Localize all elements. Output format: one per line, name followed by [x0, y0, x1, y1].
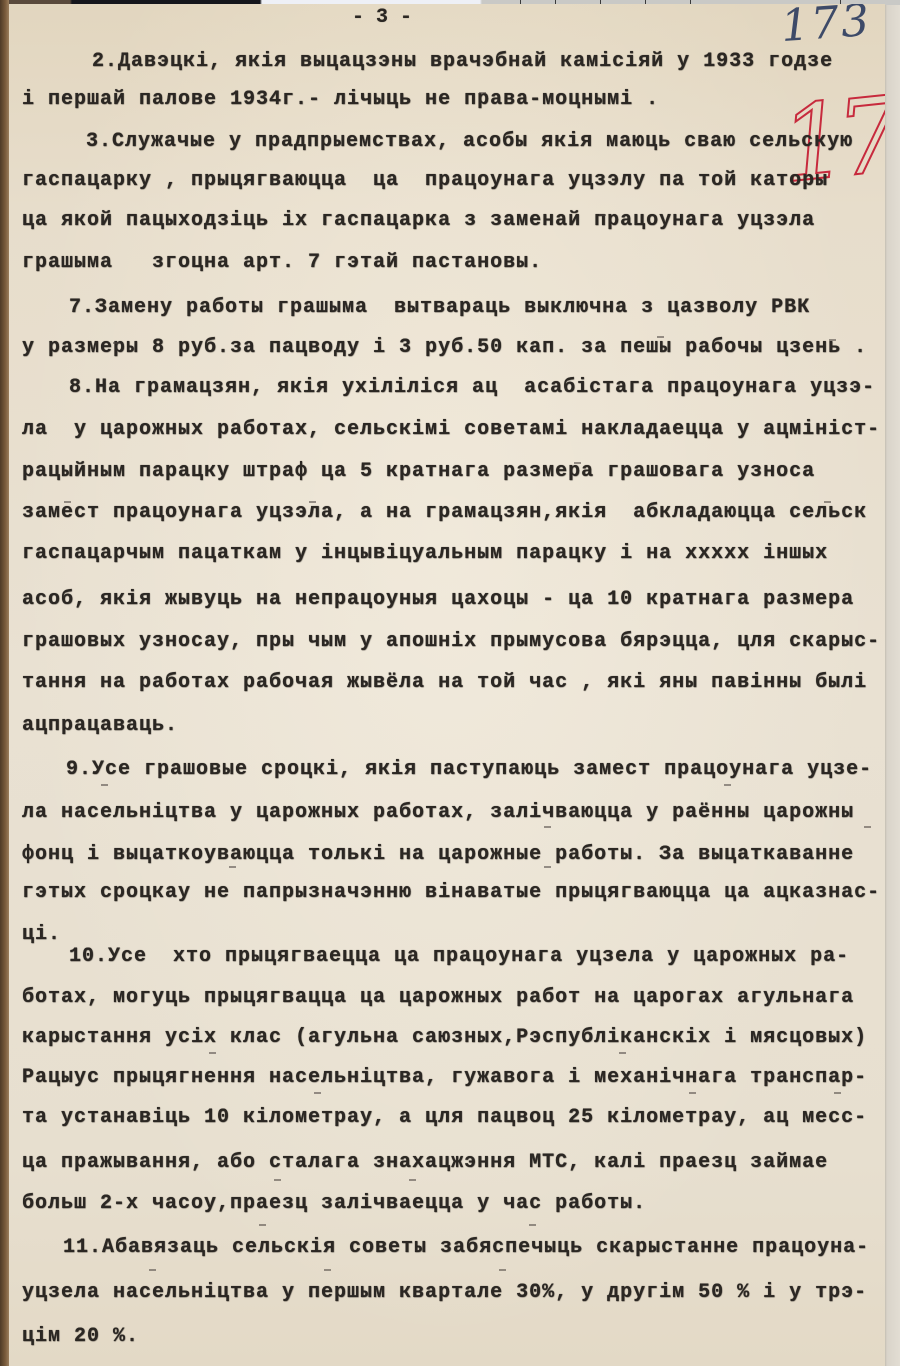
text-line: 7.Замену работы грашыма вытвараць выключ…	[69, 295, 810, 321]
typewriter-mark	[619, 1052, 626, 1054]
text-line: тання на работах рабочая жывёла на той ч…	[22, 670, 867, 696]
text-line: та устанавіць 10 кілометрау, а цля пацво…	[22, 1105, 867, 1131]
text-line: 8.На грамацзян, якія ухіліліся ац асабіс…	[69, 375, 875, 401]
text-line: 3.Служачые у прадпрыемствах, асобы якія …	[86, 129, 853, 155]
text-line: ботах, могуць прыцягвацца ца царожных ра…	[22, 985, 854, 1011]
typewriter-mark	[689, 1092, 696, 1094]
text-line: Рацыус прыцягнення насельніцтва, гужавог…	[22, 1065, 867, 1091]
text-line: ці.	[22, 922, 61, 948]
text-line: ла у царожных работах, сельскімі советам…	[22, 417, 880, 443]
typewriter-mark	[324, 1269, 331, 1271]
underlying-page-edge	[884, 5, 900, 1366]
typewriter-mark	[829, 339, 836, 341]
text-line: у размеры 8 руб.за пацводу і 3 руб.50 ка…	[22, 335, 867, 361]
typewriter-mark	[64, 501, 71, 503]
typewriter-mark	[149, 1269, 156, 1271]
document-page: - 3 - 173 173 2.Давэцкі, якія выцацзэны …	[9, 4, 885, 1366]
text-line: уцзела насельніцтва у першым квартале 30…	[22, 1280, 867, 1306]
text-line: ла насельніцтва у царожных работах, залі…	[22, 800, 854, 826]
typewriter-mark	[724, 784, 731, 786]
text-line: і першай палове 1934г.- лічыць не права-…	[22, 87, 659, 113]
text-line: больш 2-х часоу,праезц залічваецца у час…	[22, 1191, 646, 1217]
text-line: замест працоунага уцзэла, а на грамацзян…	[22, 500, 867, 526]
typewriter-mark	[309, 501, 316, 503]
archival-document-scan: - 3 - 173 173 2.Давэцкі, якія выцацзэны …	[0, 0, 900, 1366]
text-line: 2.Давэцкі, якія выцацзэны врачэбнай камі…	[92, 49, 833, 75]
typewriter-mark	[101, 784, 108, 786]
typewriter-mark	[834, 1092, 841, 1094]
typewriter-mark	[409, 1179, 416, 1181]
text-line: гэтых сроцкау не папрызначэнню вінаватые…	[22, 880, 880, 906]
typewriter-mark	[574, 462, 581, 464]
text-line: ацпрацаваць.	[22, 713, 178, 739]
text-line: фонц і выцаткоуваюцца толькі на царожные…	[22, 842, 854, 868]
typewriter-mark	[314, 1092, 321, 1094]
text-line: рацыйным парацку штраф ца 5 кратнага раз…	[22, 459, 815, 485]
text-line: гаспацарчым пацаткам у інцывіцуальным па…	[22, 541, 828, 567]
binding-edge	[0, 0, 9, 1366]
typewriter-mark	[824, 501, 831, 503]
text-line: гаспацарку , прыцягваюцца ца працоунага …	[22, 168, 828, 194]
typewriter-mark	[544, 866, 551, 868]
typewriter-mark	[479, 92, 486, 94]
text-line: 9.Усе грашовые сроцкі, якія паступаюць з…	[66, 757, 872, 783]
typewriter-mark	[529, 1224, 536, 1226]
text-line: 10.Усе хто прыцягваецца ца працоунага уц…	[69, 944, 849, 970]
typewriter-mark	[499, 1269, 506, 1271]
text-line: грашовых узносау, пры чым у апошніх прым…	[22, 629, 880, 655]
typed-page-number: - 3 -	[352, 6, 412, 29]
typewriter-mark	[864, 826, 871, 828]
text-line: карыстання усіх клас (агульна саюзных,Рэ…	[22, 1025, 867, 1051]
typewriter-mark	[113, 342, 120, 344]
typewriter-mark	[544, 826, 551, 828]
text-line: ца пражывання, або сталага знахацжэння М…	[22, 1150, 828, 1176]
handwritten-folio-number-blue: 173	[779, 4, 872, 52]
typewriter-mark	[209, 1052, 216, 1054]
typewriter-mark	[599, 214, 606, 216]
typewriter-mark	[274, 1179, 281, 1181]
typewriter-mark	[657, 336, 664, 338]
typewriter-mark	[259, 1224, 266, 1226]
text-line: цім 20 %.	[22, 1324, 139, 1350]
typewriter-mark	[229, 866, 236, 868]
text-line: грашыма згоцна арт. 7 гэтай пастановы.	[22, 250, 542, 276]
text-line: асоб, якія жывуць на непрацоуныя цахоцы …	[22, 587, 854, 613]
text-line: ца якой пацыходзіць іх гаспацарка з заме…	[22, 208, 815, 234]
text-line: 11.Абавязаць сельскія советы забяспечыць…	[63, 1235, 869, 1261]
